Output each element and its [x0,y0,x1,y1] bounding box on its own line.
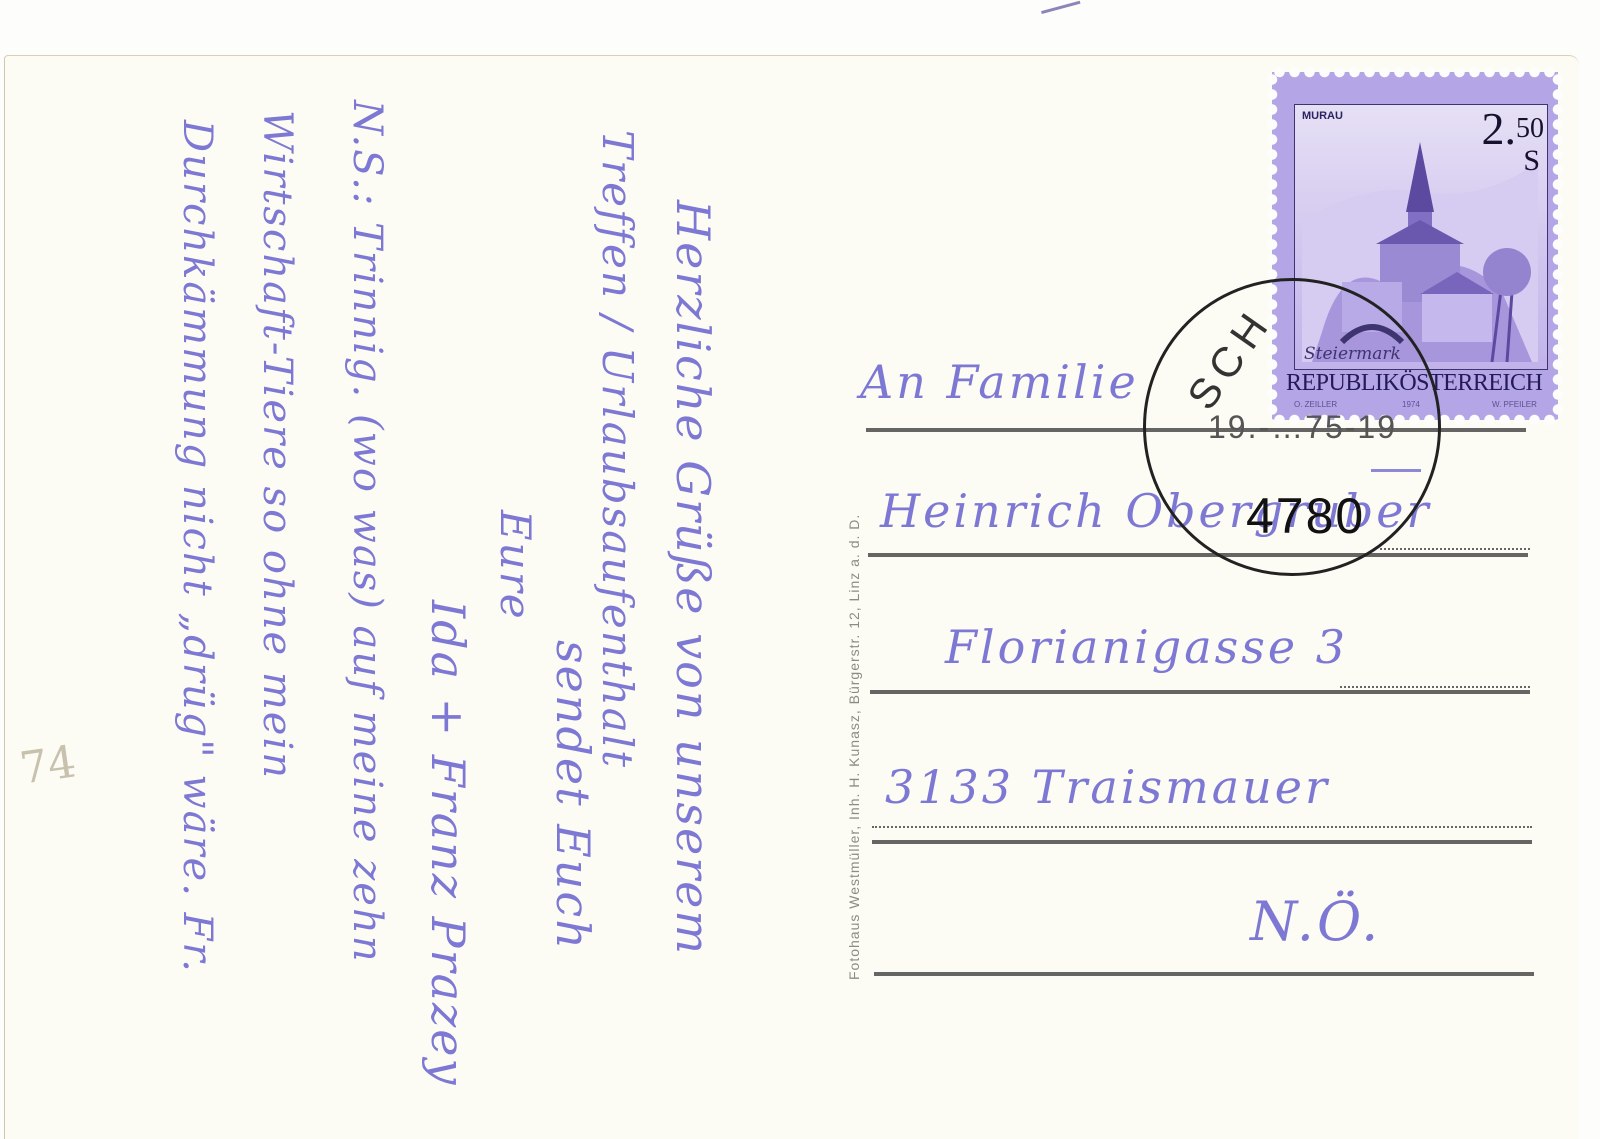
message-line-3: sendet Euch [546,640,600,951]
address-rule-4 [872,840,1532,844]
stamp-engraver: W. PFEILER [1492,400,1537,409]
address-line-1: An Familie [860,355,1139,409]
stamp-place-name: MURAU [1302,110,1343,122]
stray-ink-mark [1040,0,1081,14]
address-rule-3-dots [1340,686,1530,688]
message-postscript-3: Durchkämmung nicht „drüg" wäre. Fr. [174,120,220,974]
message-line-2: Treffen / Urlaubsaufenthalt [593,130,642,769]
stamp-currency: S [1523,144,1540,178]
postmark-town: SCH [1178,299,1282,419]
address-rule-4-dots [872,826,1532,828]
postmark-date: 19.-…75-19 [1208,409,1397,446]
pencil-note: 74 [17,736,80,794]
address-line-4: 3133 Traismauer [885,760,1330,814]
publisher-imprint: Fotohaus Westmüller, Inh. H. Kunasz, Bür… [846,514,862,980]
message-postscript-2: Wirtschaft-Tiere so ohne mein [254,110,300,780]
address-rule-3 [870,690,1530,694]
address-rule-2 [868,553,1528,557]
stamp-value-fraction: 50 [1516,113,1544,144]
umlaut-stroke [1371,469,1421,472]
message-postscript-1: N.S.: Trinnig. (wo was) auf meine zehn [344,100,390,964]
message-line-4: Eure [491,510,540,621]
address-rule-5 [874,972,1534,976]
message-signature: Ida + Franz Prazey [421,600,475,1086]
address-line-5: N.Ö. [1250,890,1381,953]
postmark: SCH 19.-…75-19 4780 [1143,278,1441,576]
stamp-perforation-right [1552,72,1564,420]
address-rule-2-dots [1380,548,1530,550]
address-line-3: Florianigasse 3 [945,620,1348,674]
postmark-postal-code: 4780 [1246,487,1365,545]
message-line-1: Herzliche Grüße von unserem [666,200,720,956]
stamp-value-main: 2 [1482,103,1505,154]
